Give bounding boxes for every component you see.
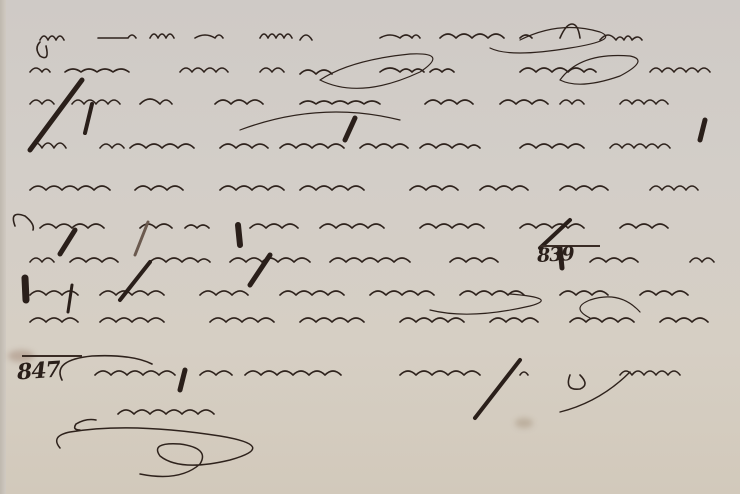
manuscript-sheet: 847 839 [0, 0, 740, 494]
numeral-839: 839 [536, 243, 574, 267]
numeral-847: 847 [16, 357, 61, 386]
handwriting-lines [0, 0, 740, 494]
